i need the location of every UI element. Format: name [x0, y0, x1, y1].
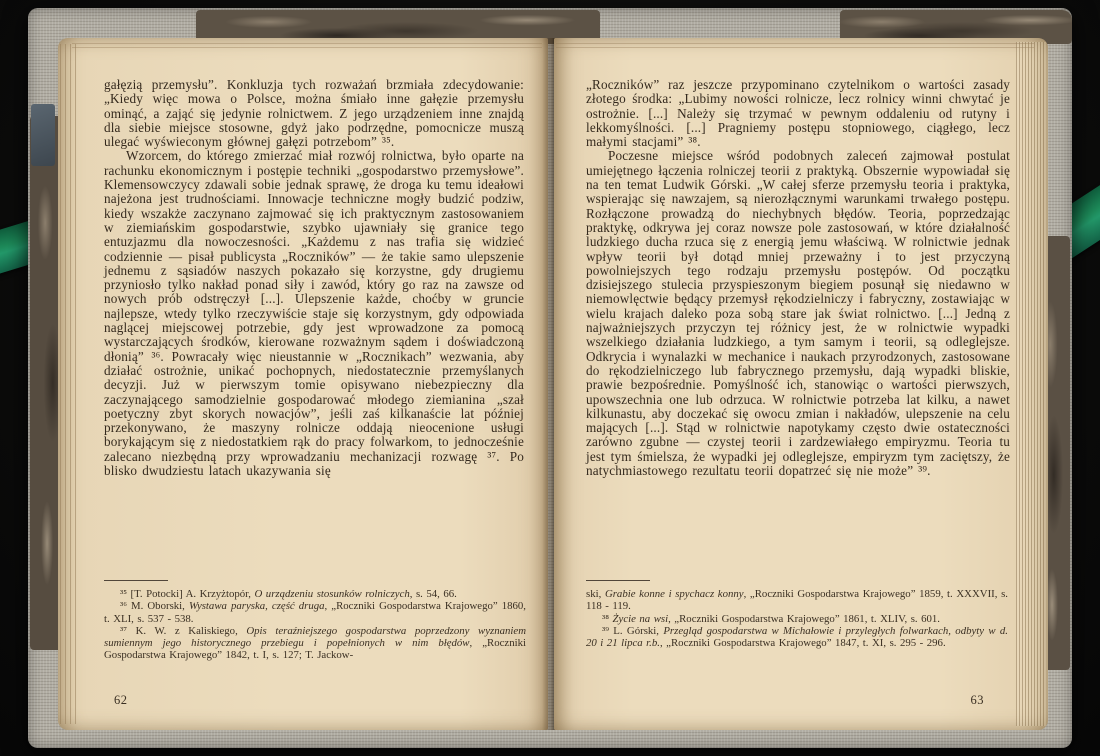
photo-background: gałęzią przemysłu”. Konkluzja tych rozwa…	[0, 0, 1100, 756]
paragraph: gałęzią przemysłu”. Konkluzja tych rozwa…	[104, 78, 524, 149]
footnote-35: ³⁵ [T. Potocki] A. Krzyżtopór, O urządze…	[104, 588, 526, 600]
footnote-text: , „Roczniki Gospodarstwa Krajowego” 1861…	[668, 613, 940, 625]
right-page-footnotes: ski, Grabie konne i spychacz konny, „Roc…	[586, 580, 1008, 649]
paragraph: „Roczników” raz jeszcze przypominano czy…	[586, 78, 1010, 149]
footnote-title-italic: O urządzeniu stosunków rolniczych	[255, 588, 410, 600]
right-page-text-column: „Roczników” raz jeszcze przypominano czy…	[586, 78, 1010, 478]
footnote-39: ³⁹ L. Górski, Przegląd gospodarstwa w Mi…	[586, 625, 1008, 650]
page-edge-stack-right	[1016, 42, 1046, 726]
footnote-text: ³⁹ L. Górski,	[602, 625, 663, 637]
page-edge-stack-top-left	[72, 40, 542, 48]
footnote-36: ³⁶ M. Oborski, Wystawa paryska, część dr…	[104, 600, 526, 625]
footnote-text: ³⁸	[602, 613, 613, 625]
footnote-text: , „Roczniki Gospodarstwa Krajowego” 1847…	[660, 637, 946, 649]
page-edge-stack-top-right	[556, 40, 1034, 48]
footnote-separator	[586, 580, 650, 581]
paragraph: Wzorcem, do którego zmierzać miał rozwój…	[104, 149, 524, 478]
page-edge-stack-left	[60, 44, 76, 724]
footnote-text: ³⁷ K. W. z Kaliskiego,	[120, 625, 246, 637]
footnote-title-italic: Życie na wsi	[613, 613, 669, 625]
footnote-title-italic: Grabie konne i spychacz konny	[605, 588, 744, 600]
book: gałęzią przemysłu”. Konkluzja tych rozwa…	[28, 8, 1072, 748]
footnote-38: ³⁸ Życie na wsi, „Roczniki Gospodarstwa …	[586, 613, 1008, 625]
footnote-text: ³⁵ [T. Potocki] A. Krzyżtopór,	[120, 588, 255, 600]
footnote-separator	[104, 580, 168, 581]
page-number-right: 63	[971, 693, 985, 708]
left-page-text-column: gałęzią przemysłu”. Konkluzja tych rozwa…	[104, 78, 524, 478]
page-left: gałęzią przemysłu”. Konkluzja tych rozwa…	[58, 38, 548, 730]
cover-patch	[31, 104, 55, 166]
footnote-title-italic: Wystawa paryska, część druga	[189, 600, 325, 612]
open-book-spread: gałęzią przemysłu”. Konkluzja tych rozwa…	[58, 38, 1048, 730]
footnote-37-continuation: ski, Grabie konne i spychacz konny, „Roc…	[586, 588, 1008, 613]
footnote-37: ³⁷ K. W. z Kaliskiego, Opis teraźniejsze…	[104, 625, 526, 662]
page-right: „Roczników” raz jeszcze przypominano czy…	[554, 38, 1048, 730]
footnote-text: ³⁶ M. Oborski,	[120, 600, 189, 612]
left-page-footnotes: ³⁵ [T. Potocki] A. Krzyżtopór, O urządze…	[104, 580, 526, 662]
footnote-text: , s. 54, 66.	[410, 588, 457, 600]
page-number-left: 62	[114, 693, 128, 708]
footnote-text: ski,	[586, 588, 605, 600]
paragraph: Poczesne miejsce wśród podobnych zaleceń…	[586, 149, 1010, 478]
